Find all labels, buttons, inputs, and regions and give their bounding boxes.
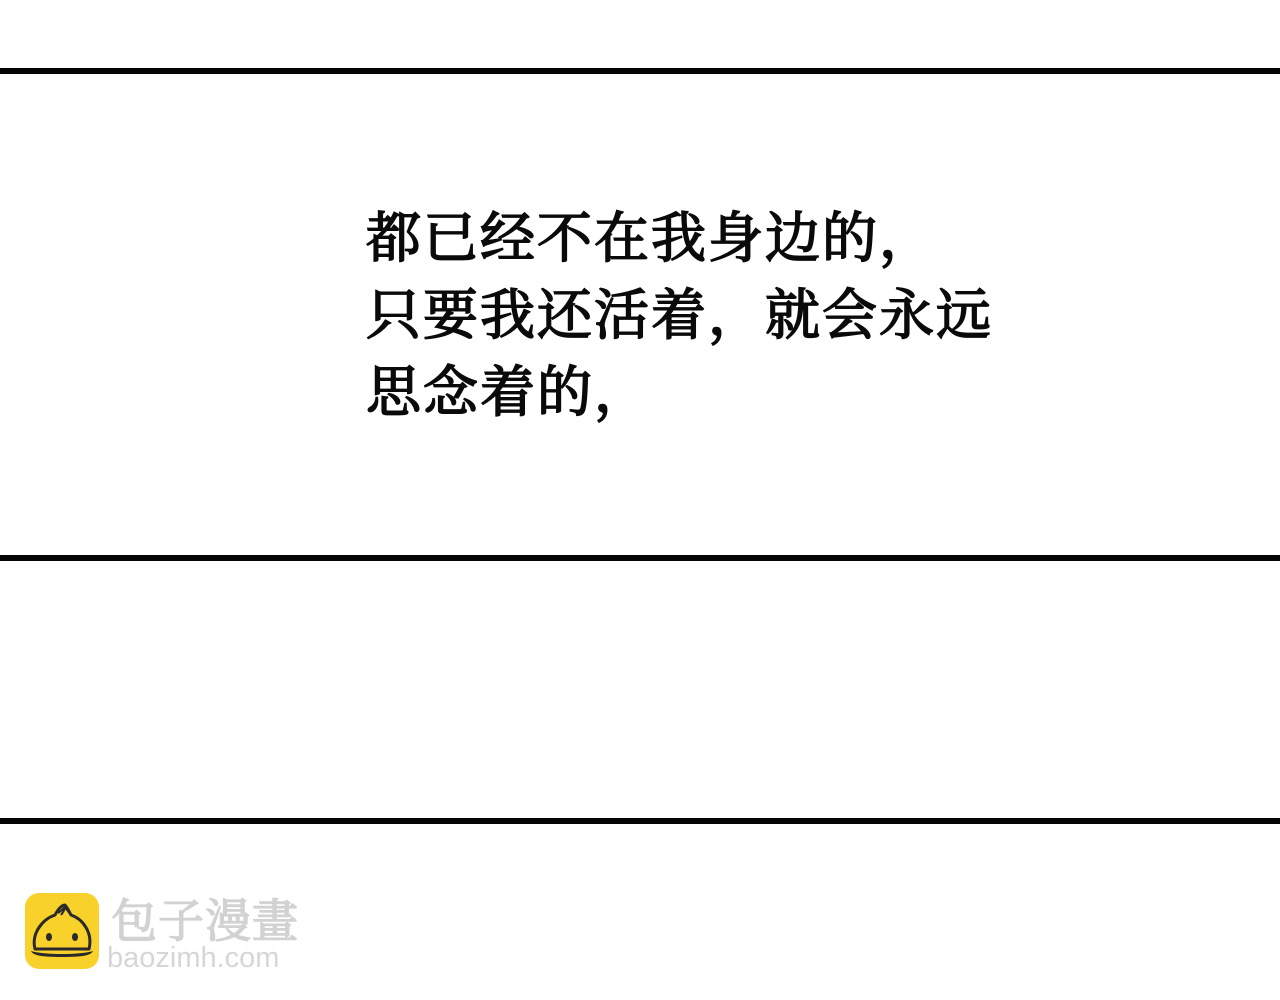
baozi-bun-icon <box>25 893 99 969</box>
caption-text: 都已经不在我身边的， 只要我还活着，就会永远 思念着的， <box>366 200 993 431</box>
panel-border-top <box>0 68 1280 74</box>
caption-line-3: 思念着的， <box>366 354 993 431</box>
watermark-title: 包子漫畫 <box>111 893 299 949</box>
caption-line-1: 都已经不在我身边的， <box>366 200 993 277</box>
watermark-url: baozimh.com <box>107 942 279 974</box>
panel-border-bottom <box>0 818 1280 824</box>
caption-line-2: 只要我还活着，就会永远 <box>366 277 993 354</box>
panel-border-middle <box>0 555 1280 561</box>
